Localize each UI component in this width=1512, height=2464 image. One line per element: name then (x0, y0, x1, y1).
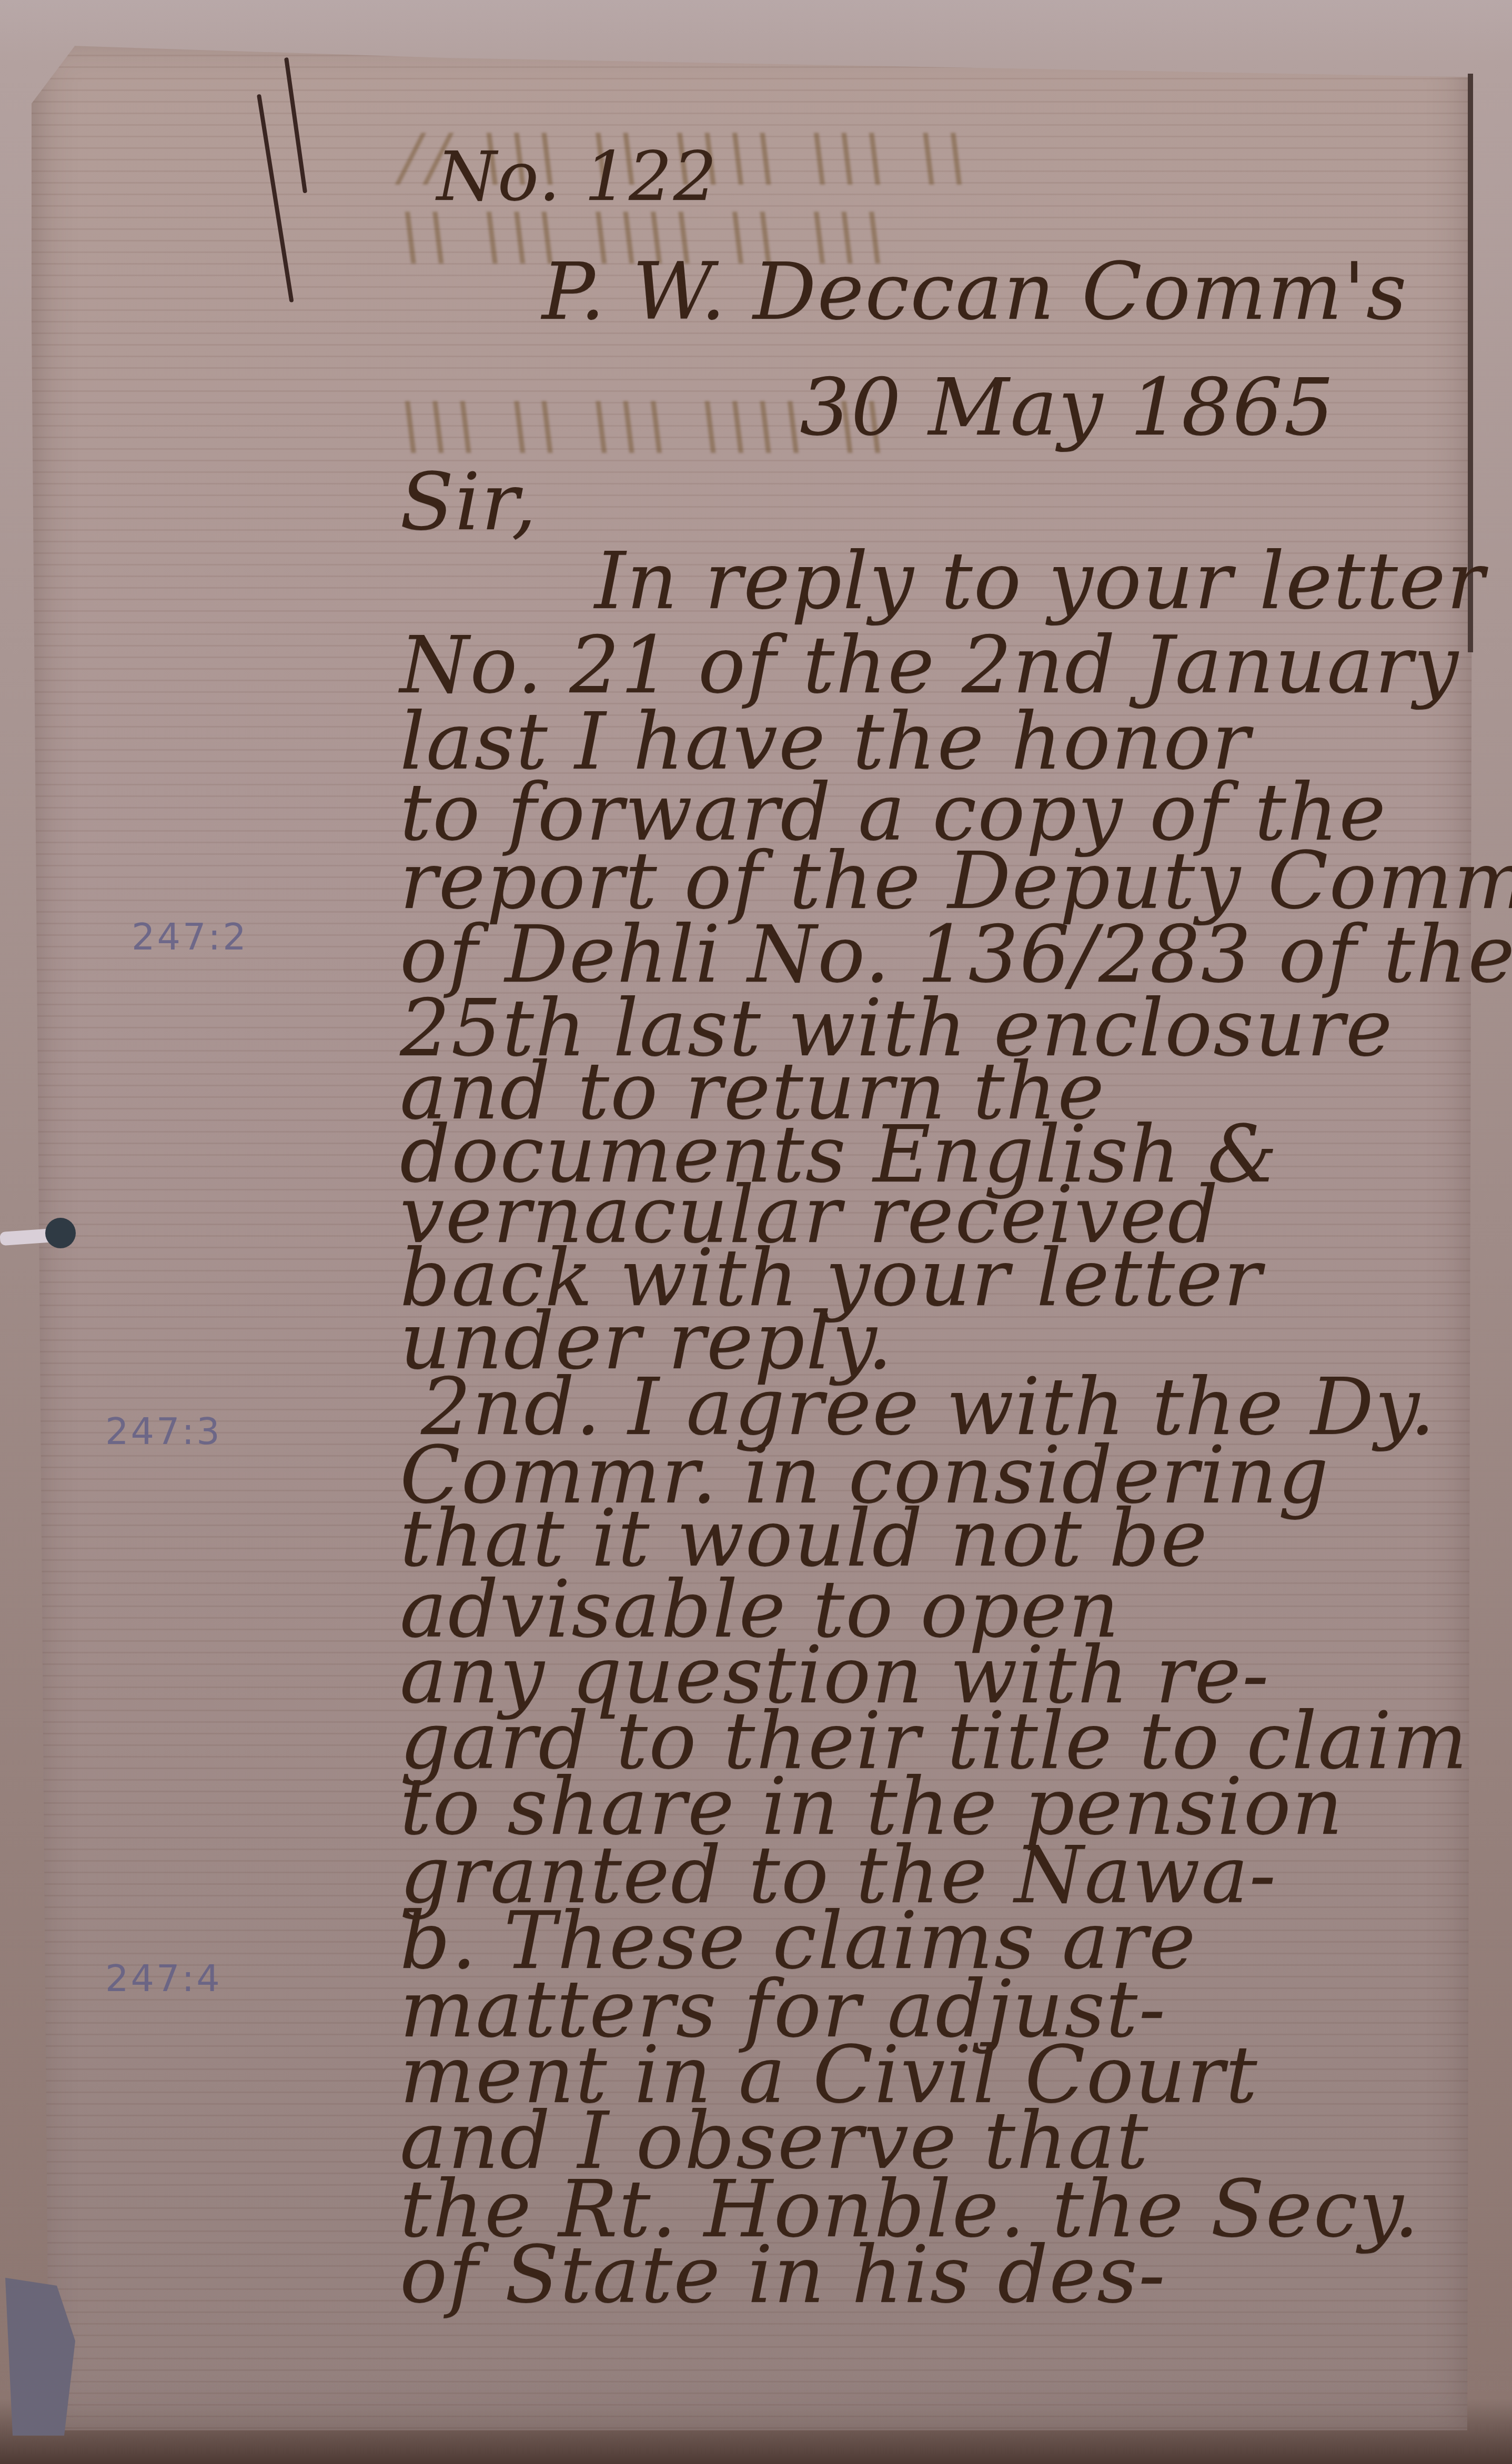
body-line: No. 21 of the 2nd January (400, 626, 1459, 705)
body-line: of State in his des- (400, 2236, 1166, 2315)
letter: // \\\ \\ \\\\ \\\ \\ \\ \\\ \\\\ \\ \\\… (0, 0, 1512, 2464)
margin-note: 247:3 (105, 1410, 222, 1453)
margin-note: 247:2 (132, 915, 248, 958)
letter-date: 30 May 1865 (800, 368, 1335, 447)
reference-number: No. 122 (437, 142, 718, 210)
letter-place: P. W. Deccan Comm's (542, 253, 1408, 331)
margin-note: 247:4 (105, 1957, 222, 2000)
salutation: Sir, (400, 463, 538, 542)
body-line: In reply to your letter (594, 542, 1486, 621)
